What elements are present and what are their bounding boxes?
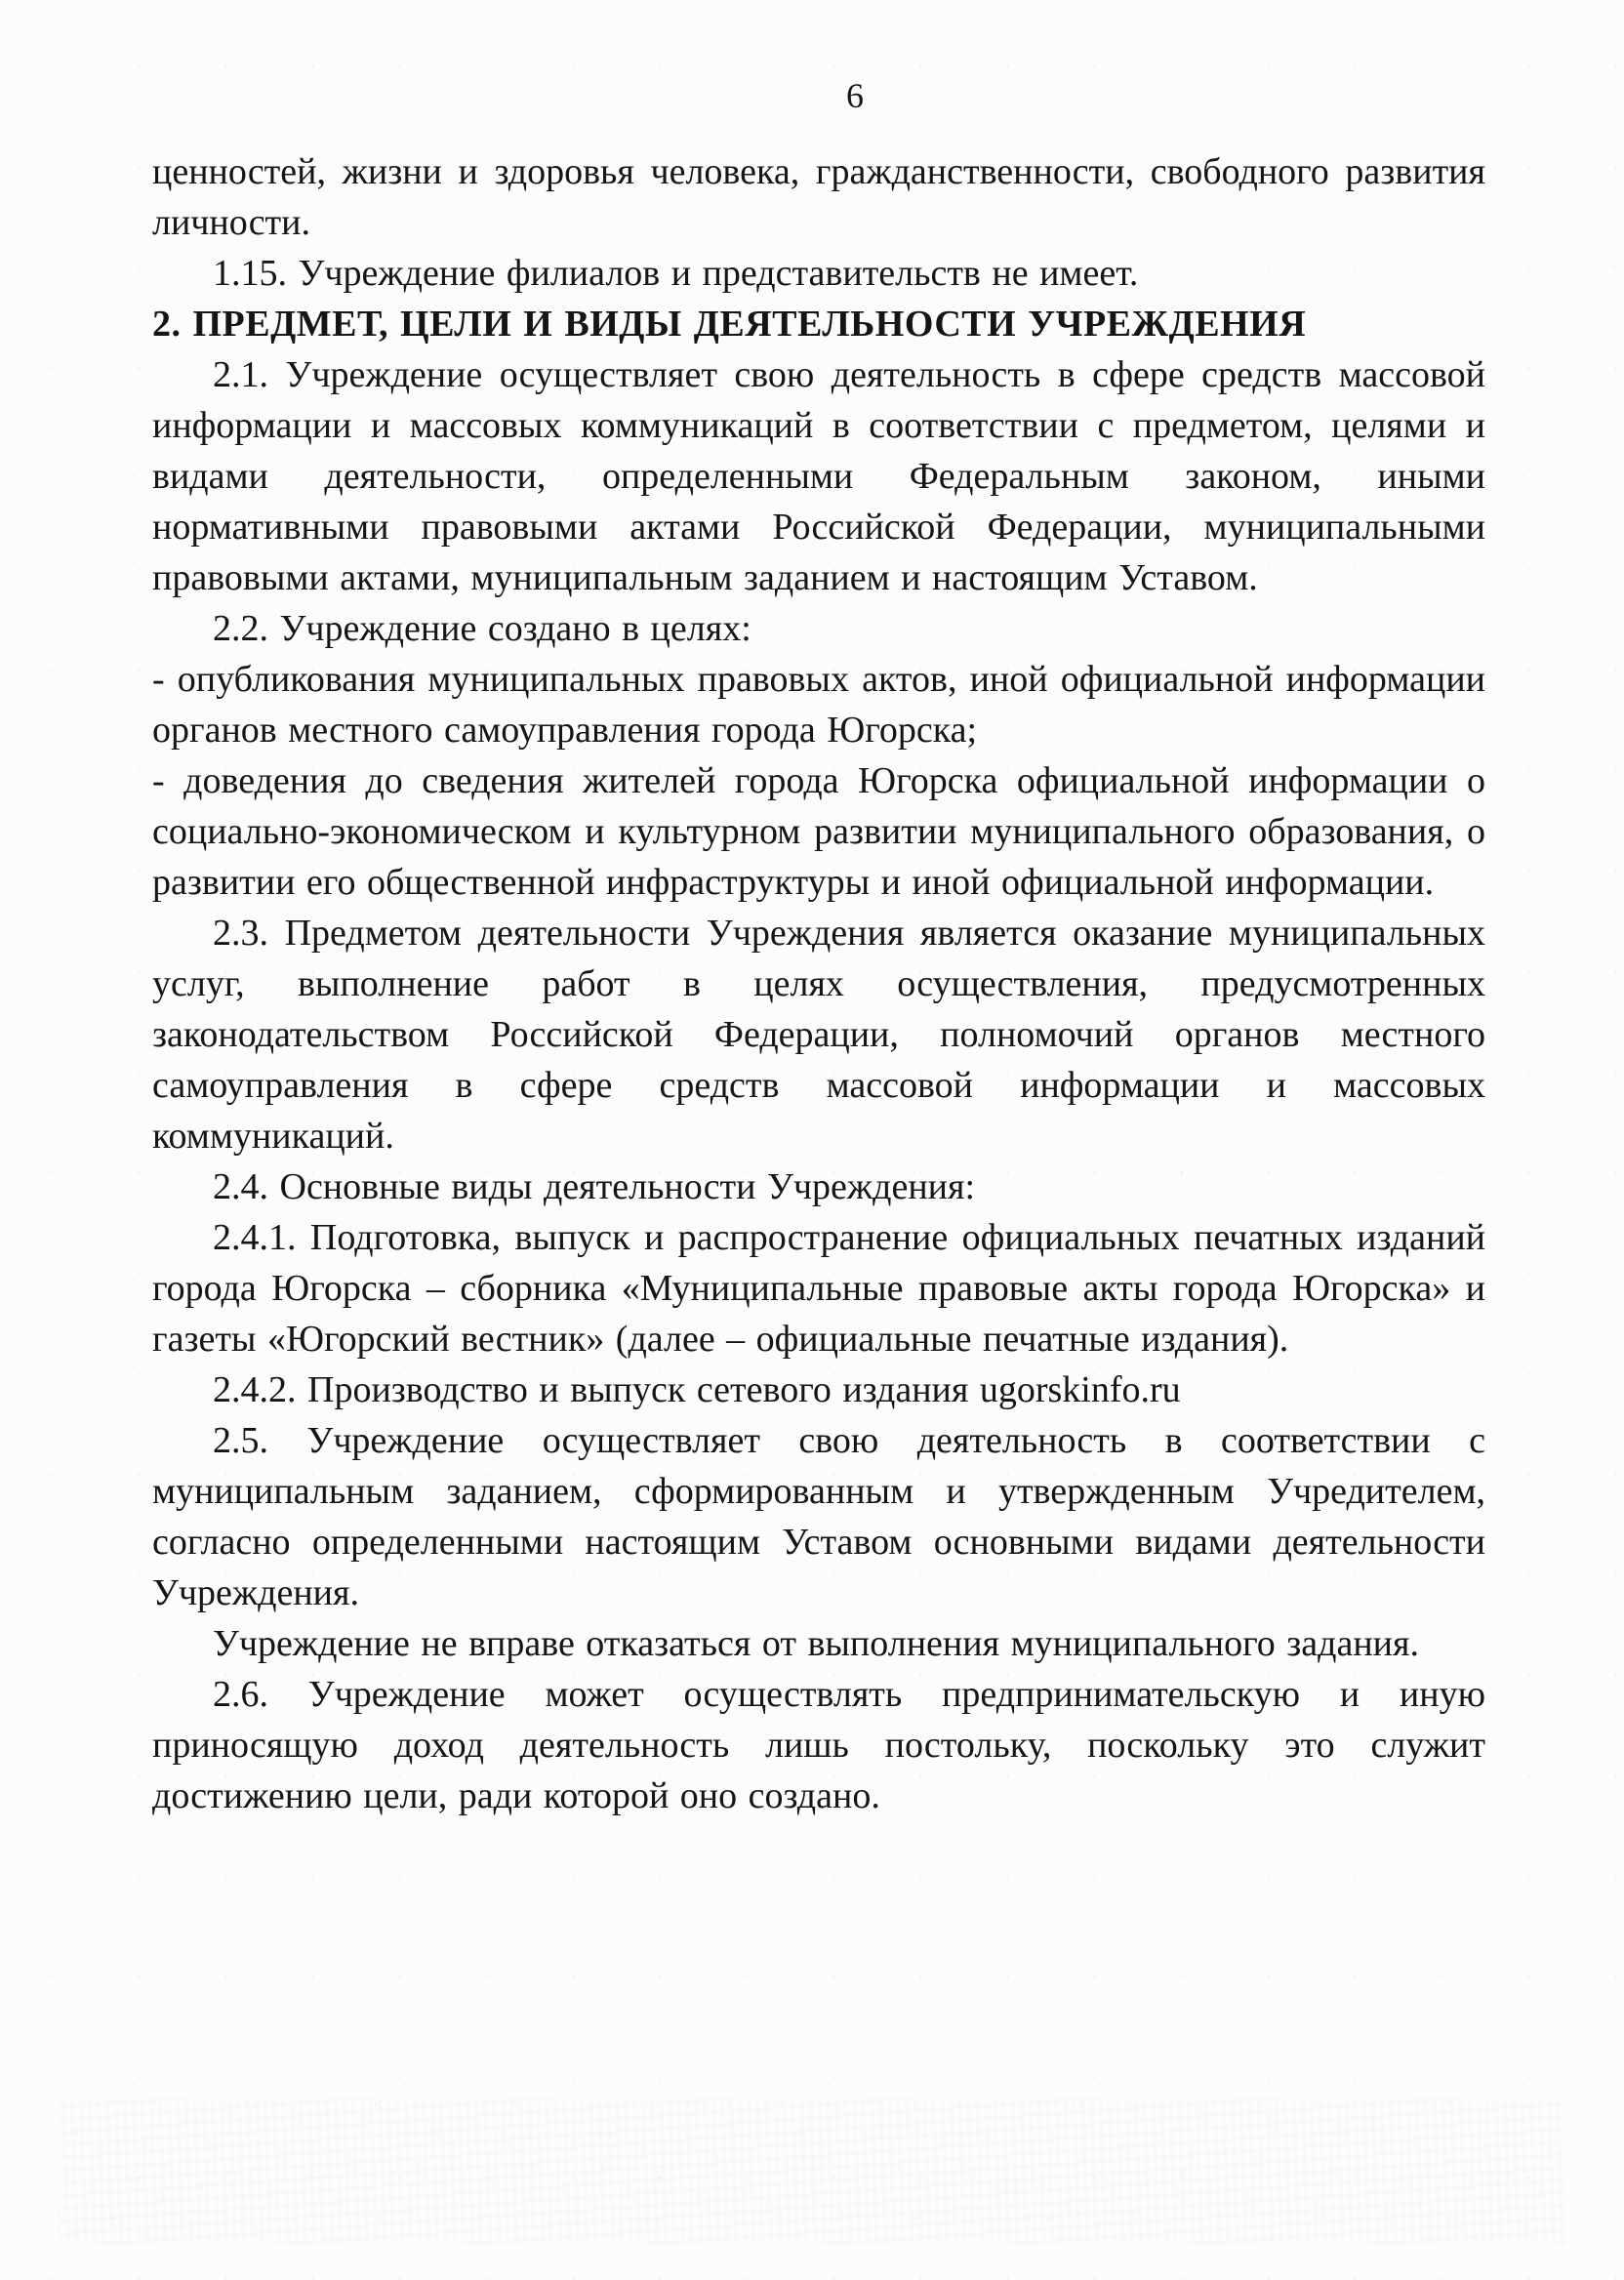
section-2-heading: 2. ПРЕДМЕТ, ЦЕЛИ И ВИДЫ ДЕЯТЕЛЬНОСТИ УЧР… [152,299,1485,349]
paragraph-2-1: 2.1. Учреждение осуществляет свою деятел… [152,349,1485,603]
scan-noise-band [59,2098,1565,2245]
paragraph-1-15: 1.15. Учреждение филиалов и представител… [152,248,1485,299]
paragraph-2-4-1: 2.4.1. Подготовка, выпуск и распростране… [152,1212,1485,1364]
page-content: ценностей, жизни и здоровья человека, гр… [152,146,1485,1821]
paragraph-2-4-2: 2.4.2. Производство и выпуск сетевого из… [152,1364,1485,1415]
paragraph-2-5: 2.5. Учреждение осуществляет свою деятел… [152,1415,1485,1618]
paragraph-2-2: 2.2. Учреждение создано в целях: [152,603,1485,654]
paragraph-2-6: 2.6. Учреждение может осуществлять предп… [152,1669,1485,1821]
paragraph-2-2-list-item-1: - опубликования муниципальных правовых а… [152,654,1485,755]
paragraph-2-5-continuation: Учреждение не вправе отказаться от выпол… [152,1618,1485,1669]
page-number: 6 [43,76,1624,115]
paragraph-2-3: 2.3. Предметом деятельности Учреждения я… [152,908,1485,1161]
paragraph-2-2-list-item-2: - доведения до сведения жителей города Ю… [152,755,1485,908]
paragraph-continuation: ценностей, жизни и здоровья человека, гр… [152,146,1485,248]
scanned-document-page: 6 ценностей, жизни и здоровья человека, … [0,0,1624,2280]
paragraph-2-4: 2.4. Основные виды деятельности Учрежден… [152,1161,1485,1212]
